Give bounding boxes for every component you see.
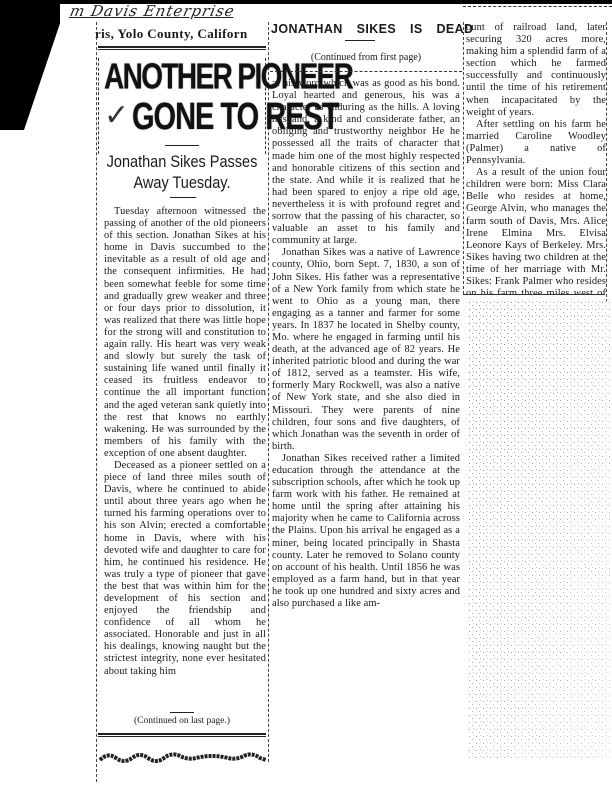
column-rule-left xyxy=(96,22,97,782)
article-middle-body: at his word which was as good as his bon… xyxy=(272,78,460,728)
scan-edge-shadow xyxy=(0,0,60,130)
mid-headline-divider xyxy=(345,40,375,41)
bottom-rule xyxy=(98,733,266,737)
paragraph: Jonathan Sikes was a native of Lawrence … xyxy=(272,247,460,453)
paragraph: After settling on his farm he married Ca… xyxy=(466,119,606,167)
scan-noise-area xyxy=(468,300,612,760)
headline-divider xyxy=(165,145,199,146)
article-left-body: Tuesday afternoon witnessed the passing … xyxy=(104,206,266,716)
right-top-rule xyxy=(463,6,612,7)
headline-jonathan-sikes-is-dead: JONATHAN SIKES IS DEAD xyxy=(271,22,463,36)
article-right-body: ount of railroad land, later securing 32… xyxy=(466,22,606,294)
paragraph: at his word which was as good as his bon… xyxy=(272,78,460,247)
paragraph: Jonathan Sikes received rather a limited… xyxy=(272,453,460,610)
subhead-line2: Away Tuesday. xyxy=(98,173,266,195)
paragraph: ount of railroad land, later securing 32… xyxy=(466,22,606,119)
continued-from-first-page: (Continued from first page) xyxy=(270,52,462,63)
paragraph: As a result of the union four children w… xyxy=(466,167,606,294)
column-rule-right xyxy=(463,22,464,294)
headline-gone-to-rest: GONE TO REST xyxy=(132,98,267,137)
column-rule-far-right xyxy=(606,22,607,302)
continued-on-last-page: (Continued on last page.) xyxy=(98,716,266,726)
mid-header-rule xyxy=(270,71,462,72)
continued-divider xyxy=(170,712,194,713)
subhead-line1: Jonathan Sikes Passes xyxy=(98,152,266,174)
paragraph: Tuesday afternoon witnessed the passing … xyxy=(104,206,266,460)
paragraph: Deceased as a pioneer settled on a piece… xyxy=(104,460,266,678)
decorative-wave-border xyxy=(98,750,268,766)
subhead-divider xyxy=(170,197,196,198)
dateline-rule xyxy=(98,46,266,50)
dateline: ris, Yolo County, Californ xyxy=(95,26,265,42)
right-box-bottom-rule xyxy=(463,294,605,295)
checkmark-icon: ✓ xyxy=(104,98,129,133)
headline-another-pioneer: ANOTHER PIONEER xyxy=(104,58,264,96)
handwritten-source-note: m Davis Enterprise xyxy=(68,2,292,22)
